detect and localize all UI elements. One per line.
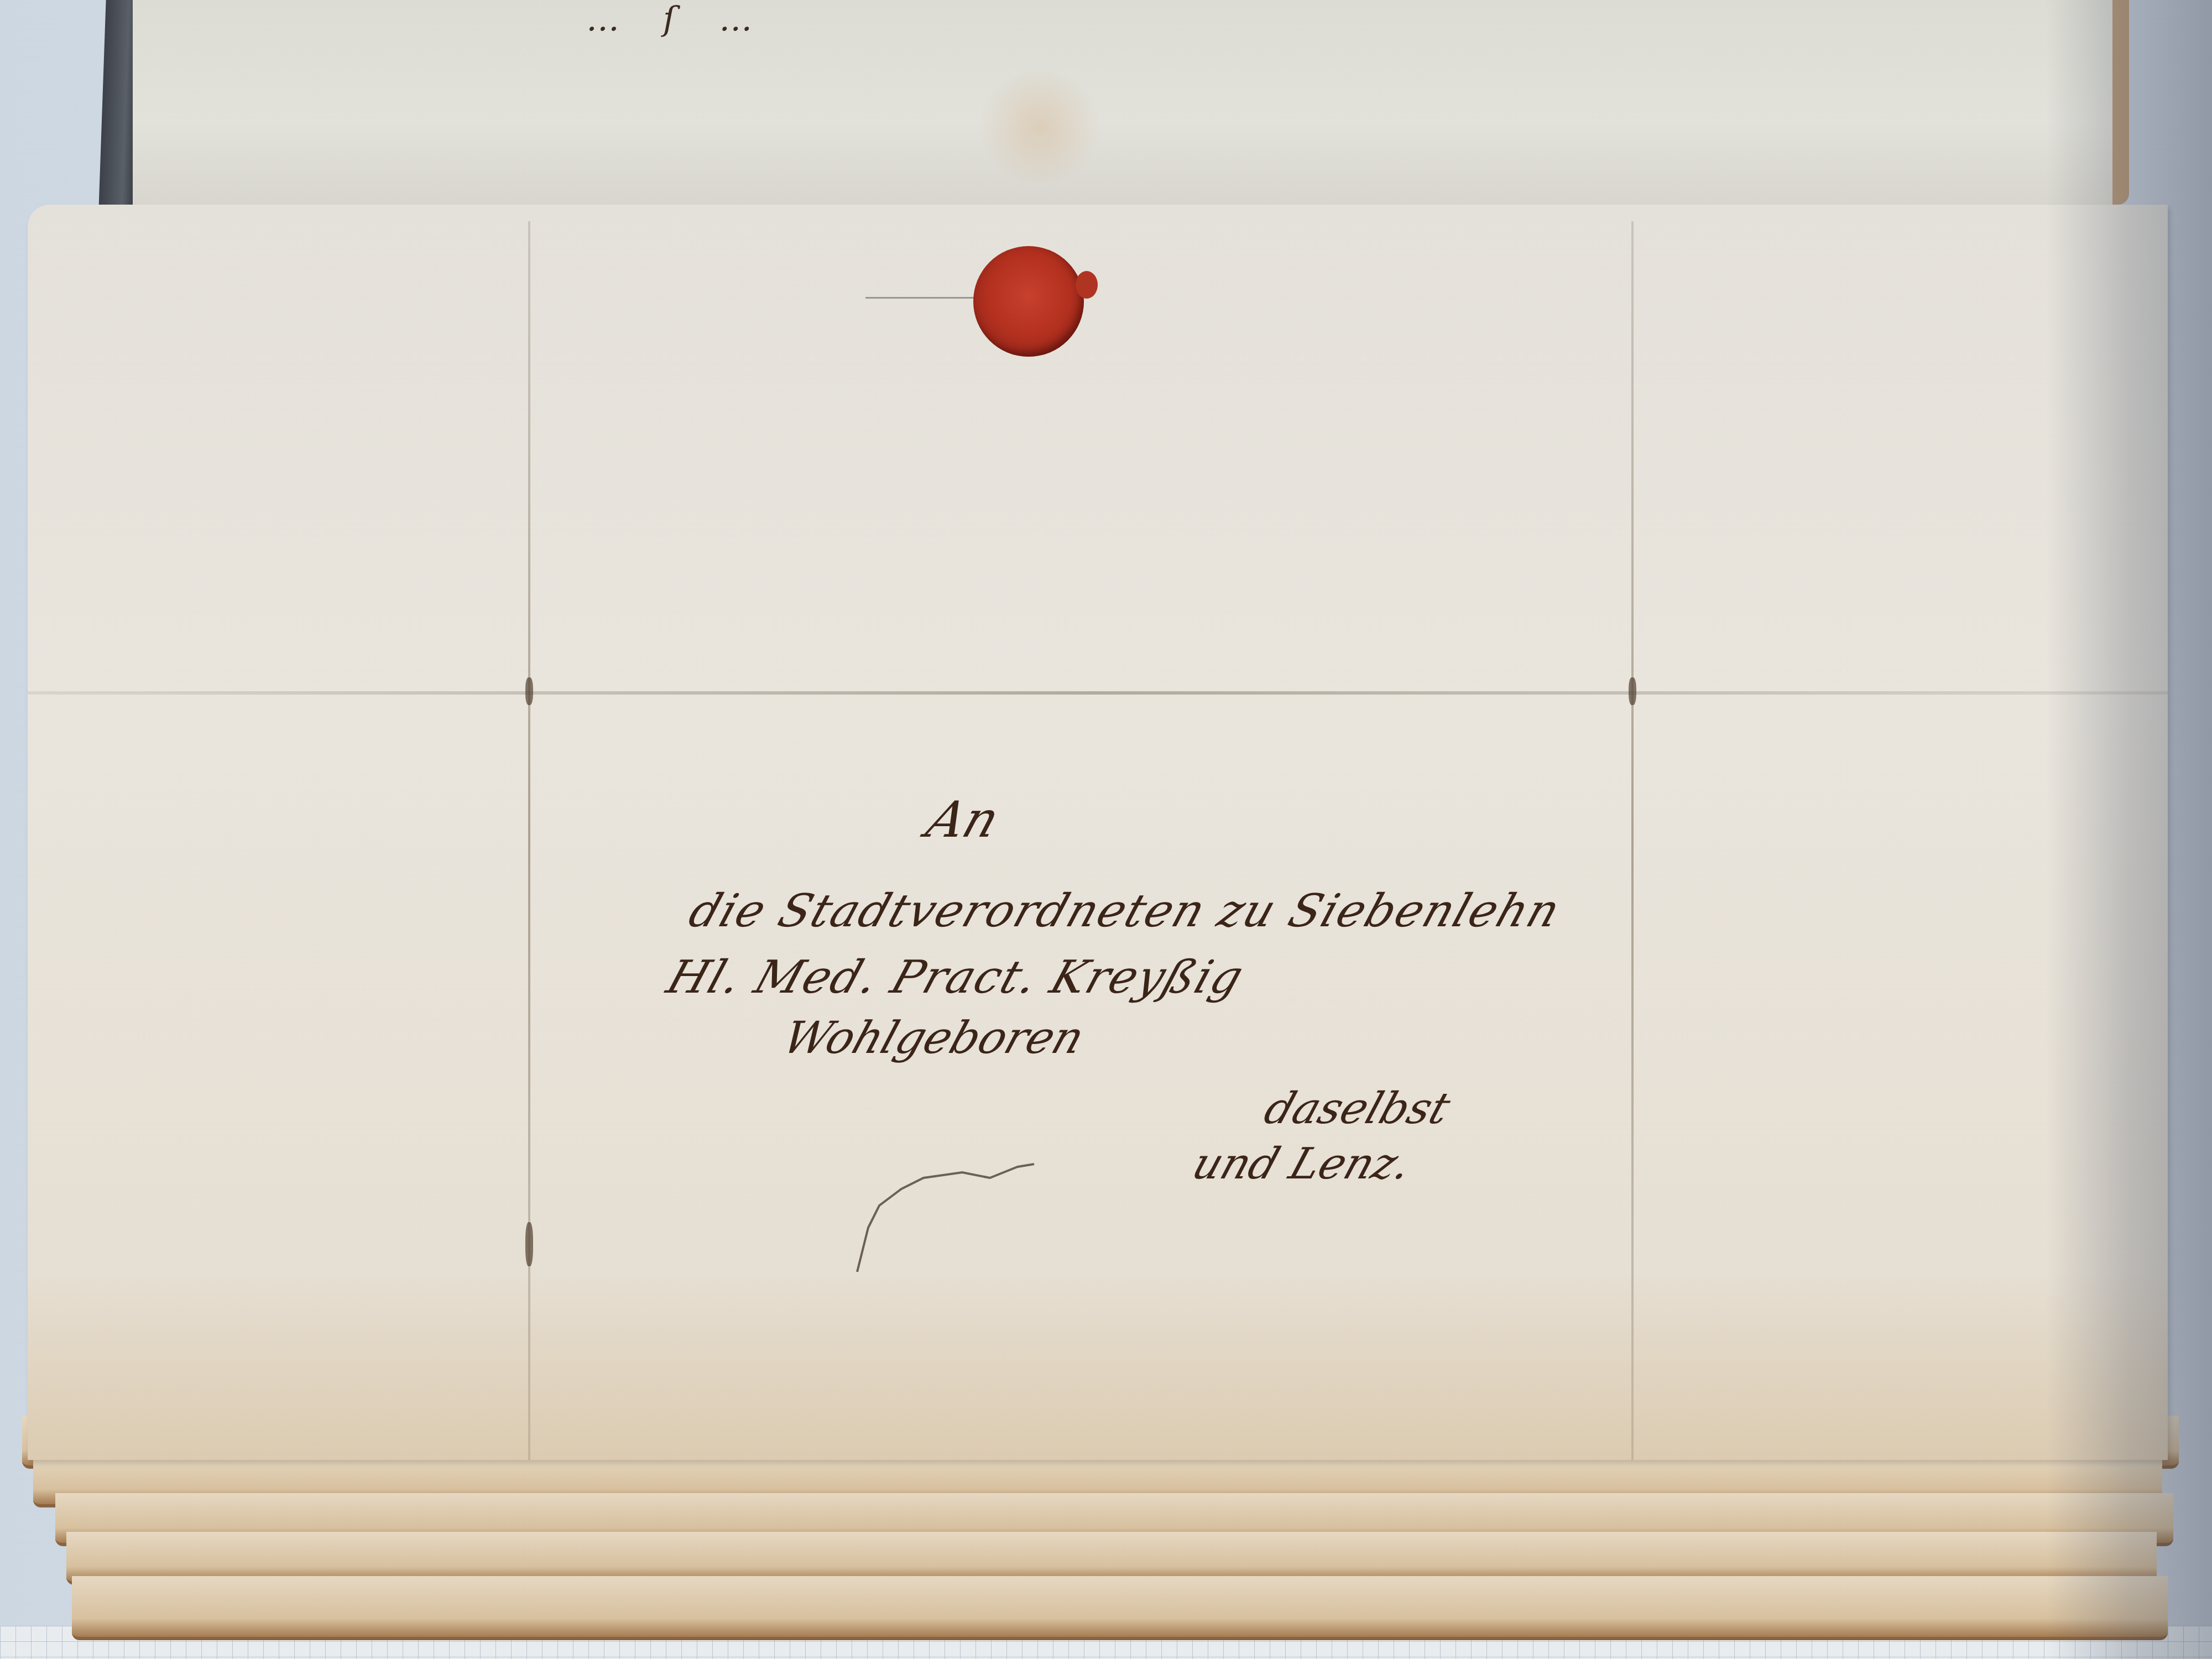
- address-line-title: Hl. Med. Pract. Kreyßig: [661, 951, 1251, 1004]
- address-line-closing: und Lenz.: [1186, 1139, 1418, 1189]
- address-line-location: daselbst: [1258, 1084, 1456, 1134]
- address-salutation: An: [920, 791, 1006, 849]
- address-line-recipient: die Stadtverordneten zu Siebenlehn: [683, 885, 1568, 937]
- address-line-honorific: Wohlgeboren: [777, 1012, 1091, 1063]
- page-edge-shadow: [2046, 0, 2212, 1659]
- document-photo: … ſ … An die Stadtverordneten zu Siebenl…: [0, 0, 2212, 1659]
- handwritten-address: An die Stadtverordneten zu Siebenlehn Hl…: [0, 0, 2212, 1659]
